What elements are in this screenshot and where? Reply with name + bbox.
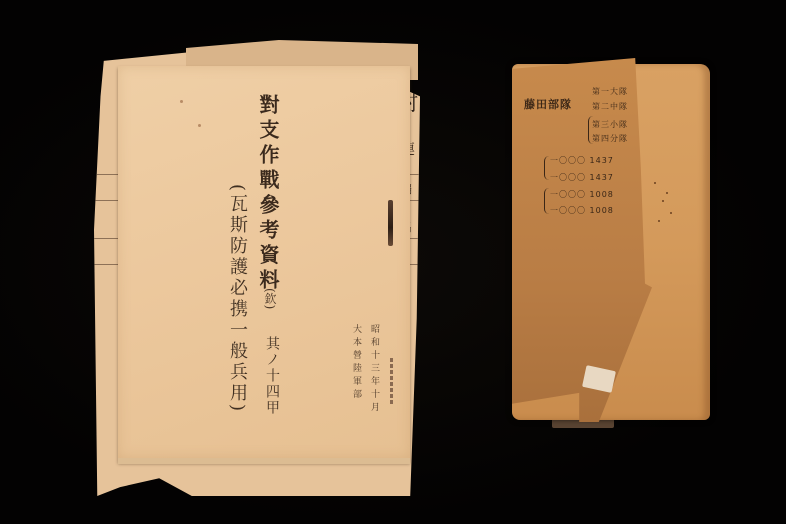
stain-speck (662, 200, 664, 202)
pencil-mark (390, 358, 393, 406)
stain-speck (658, 220, 660, 222)
handwritten-entry: 第四分隊 (592, 133, 628, 144)
handwritten-entry: 一〇〇〇 1437 (550, 172, 614, 183)
document-issuer: 大本營陸軍部 (350, 324, 363, 402)
document-date: 昭和十三年十月 (368, 324, 381, 415)
paper-spot (198, 124, 201, 127)
ink-stain (388, 200, 393, 246)
handwritten-entry: 第三小隊 (592, 119, 628, 130)
stain-speck (670, 212, 672, 214)
stain-speck (654, 182, 656, 184)
handwritten-entry: 一〇〇〇 1437 (550, 155, 614, 166)
document-cover: 對支作戰參考資料 (欽) (瓦斯防護必携一般兵用) 其ノ十四甲 昭和十三年十月 … (118, 66, 410, 462)
document-title: 對支作戰參考資料 (254, 94, 283, 294)
handwritten-entry: 第一大隊 (592, 86, 628, 97)
document-subtitle: (瓦斯防護必携一般兵用) (224, 184, 250, 414)
paper-spot (180, 100, 183, 103)
handwritten-entry: 一〇〇〇 1008 (550, 205, 614, 216)
handwritten-brace (588, 116, 593, 144)
handwritten-entry: 一〇〇〇 1008 (550, 189, 614, 200)
handwritten-brace (544, 156, 549, 180)
handwritten-title: 藤田部隊 (524, 96, 572, 112)
stain-speck (666, 192, 668, 194)
document-variant: (欽) (262, 288, 279, 309)
cover-page-edge (118, 458, 410, 464)
handwritten-entry: 第二中隊 (592, 101, 628, 112)
document-serial: 其ノ十四甲 (262, 336, 282, 416)
handwritten-brace (544, 188, 549, 214)
